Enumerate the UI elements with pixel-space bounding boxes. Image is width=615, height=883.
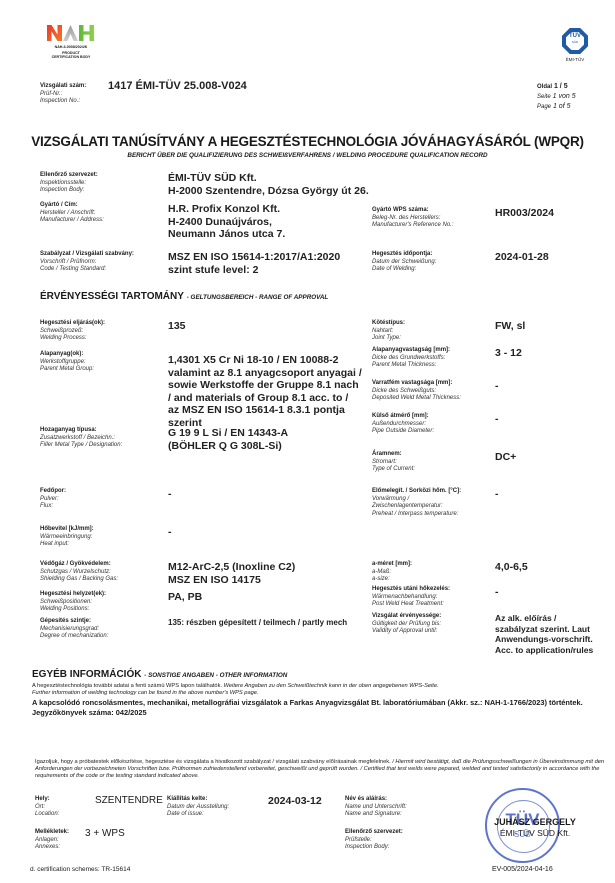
code-label: Szabályzat / Vizsgálati szabvány:Vorschr…	[40, 251, 134, 274]
range-right-label: Vizsgálat érvényessége:Gültigkeit der Pr…	[372, 613, 441, 636]
range-left-label: Hozaganyag típusa:Zusatzwerkstoff / Beze…	[40, 427, 122, 450]
nah-logo: NAH-6-0008/2024/K PRODUCTCERTIFICATION B…	[40, 22, 102, 68]
page-title: VIZSGÁLATI TANÚSÍTVÁNY A HEGESZTÉSTECHNO…	[0, 134, 615, 149]
page-indicator: Oldal 1 / 5 Seite 1 von 5 Page 1 of 5	[537, 82, 576, 112]
nah-code: NAH-6-0008/2024/K	[40, 45, 102, 49]
range-right-value: 4,0-6,5	[495, 561, 528, 574]
inspection-number: 1417 ÉMI-TÜV 25.008-V024	[108, 80, 247, 93]
range-section-title: ÉRVÉNYESSÉGI TARTOMÁNY - GELTUNGSBEREICH…	[40, 291, 328, 302]
range-right-value: 3 - 12	[495, 347, 522, 360]
range-right-label: Előmelegít. / Sorközi hőm. [°C]:Vorwärmu…	[372, 488, 461, 518]
inspection-label: Vizsgálati szám:Prüf-Nr.:Inspection No.:	[40, 83, 86, 106]
tuv-logo: TÜV SÜD ÉMI-TÜV	[560, 28, 590, 74]
place-label: Hely:Ort:Location:	[35, 796, 59, 819]
signer-name: JUHÁSZ GERGELY	[470, 817, 600, 827]
range-right-value: -	[495, 586, 499, 599]
welding-date-value: 2024-01-28	[495, 251, 549, 264]
manufacturer-label: Gyártó / Cím:Hersteller / Anschrift:Manu…	[40, 202, 104, 225]
welding-date-label: Hegesztés időpontja:Datum der Schweißung…	[372, 251, 436, 274]
range-right-value: FW, sl	[495, 320, 525, 333]
range-left-label: Alapanyag(ok):Werkstoffgruppe:Parent Met…	[40, 351, 94, 374]
footer-inspection-body-label: Ellenőrző szervezet:Prüfstelle:Inspectio…	[345, 829, 403, 852]
range-left-label: Hegesztési eljárás(ok):Schweißprozeß:Wel…	[40, 320, 105, 343]
range-left-label: Hegesztési helyzet(ek):Schweißpositionen…	[40, 591, 106, 614]
range-left-value: M12-ArC-2,5 (Inoxline C2)MSZ EN ISO 1417…	[168, 561, 295, 586]
manufacturer-value: H.R. Profix Konzol Kft.H-2400 Dunaújváro…	[168, 203, 285, 241]
inspection-body-label: Ellenőrző szervezet:Inspektionsstelle:In…	[40, 172, 98, 195]
other-info-text: A hegesztéstechnológia további adatai a …	[32, 683, 607, 697]
range-right-label: Hegesztés utáni hőkezelés:Wärmenachbehan…	[372, 586, 450, 609]
range-left-label: Fedőpor:Pulver:Flux:	[40, 488, 66, 511]
range-right-value: -	[495, 380, 499, 393]
certify-statement: Igazoljuk, hogy a próbatestek előkészíté…	[35, 759, 610, 779]
tuv-octagon-icon: TÜV SÜD	[562, 28, 588, 54]
range-left-label: Gépesítés szintje:Mechanisierungsgrad:De…	[40, 618, 108, 641]
range-right-label: Kötéstípus:Nahtart:Joint Type:	[372, 320, 405, 343]
inspection-body-value: ÉMI-TÜV SÜD Kft.H-2000 Szentendre, Dózsa…	[168, 172, 369, 197]
range-right-label: a-méret [mm]:a-Maß:a-size:	[372, 561, 412, 584]
issue-date-label: Kiállítás kelte:Datum der Ausstellung:Da…	[167, 796, 229, 819]
range-right-label: Varratfém vastagsága [mm]:Dicke des Schw…	[372, 380, 461, 403]
annexes-label: Mellékletek:Anlagen:Annexes:	[35, 829, 69, 852]
range-left-value: 135: részben gépesített / teilmech / par…	[168, 618, 347, 628]
form-code: EV-005/2024-04-16	[492, 866, 553, 873]
annexes-value: 3 + WPS	[85, 828, 125, 839]
other-info-bold: A kapcsolódó roncsolásmentes, mechanikai…	[32, 698, 602, 717]
range-right-value: Az alk. előírás /szabályzat szerint. Lau…	[495, 613, 593, 655]
range-left-value: -	[168, 526, 172, 539]
certification-schemes: d. certification schemes: TR-15614	[30, 866, 130, 873]
range-right-value: DC+	[495, 451, 516, 464]
place-value: SZENTENDRE	[95, 795, 163, 806]
range-left-label: Védőgáz / Gyökvédelem:Schutzgas / Wurzel…	[40, 561, 118, 584]
range-right-value: -	[495, 488, 499, 501]
issue-date-value: 2024-03-12	[268, 795, 322, 808]
signer-org: ÉMI-TÜV SÜD Kft.	[470, 828, 600, 838]
other-section-title: EGYÉB INFORMÁCIÓK - SONSTIGE ANGABEN - O…	[32, 669, 287, 680]
range-left-value: 135	[168, 320, 186, 333]
range-right-label: Külső átmérő [mm]:Außendurchmesser:Pipe …	[372, 413, 434, 436]
range-right-label: Áramnem:Stromart:Type of Current:	[372, 451, 415, 474]
tuv-caption: ÉMI-TÜV	[560, 57, 590, 62]
page-subtitle: BERICHT ÜBER DIE QUALIFIZIERUNG DES SCHW…	[0, 152, 615, 159]
wps-label: Gyártó WPS száma:Beleg-Nr. des Herstelle…	[372, 207, 454, 230]
nah-caption: PRODUCTCERTIFICATION BODY	[40, 51, 102, 59]
range-right-label: Alapanyagvastagság [mm]:Dicke des Grundw…	[372, 347, 450, 370]
range-left-value: 1,4301 X5 Cr Ni 18-10 / EN 10088-2valami…	[168, 354, 362, 429]
nah-letters-icon	[47, 25, 95, 43]
name-signature-label: Név és aláírás:Name und Unterschrift:Nam…	[345, 796, 407, 819]
range-left-value: -	[168, 488, 172, 501]
range-right-value: -	[495, 413, 499, 426]
range-left-value: G 19 9 L Si / EN 14343-A(BÖHLER Q G 308L…	[168, 427, 288, 452]
wps-value: HR003/2024	[495, 207, 554, 220]
range-left-label: Hőbevitel [kJ/mm]:Wärmeeinbringung:Heat …	[40, 526, 94, 549]
code-value: MSZ EN ISO 15614-1:2017/A1:2020szint stu…	[168, 251, 340, 276]
range-left-value: PA, PB	[168, 591, 202, 604]
